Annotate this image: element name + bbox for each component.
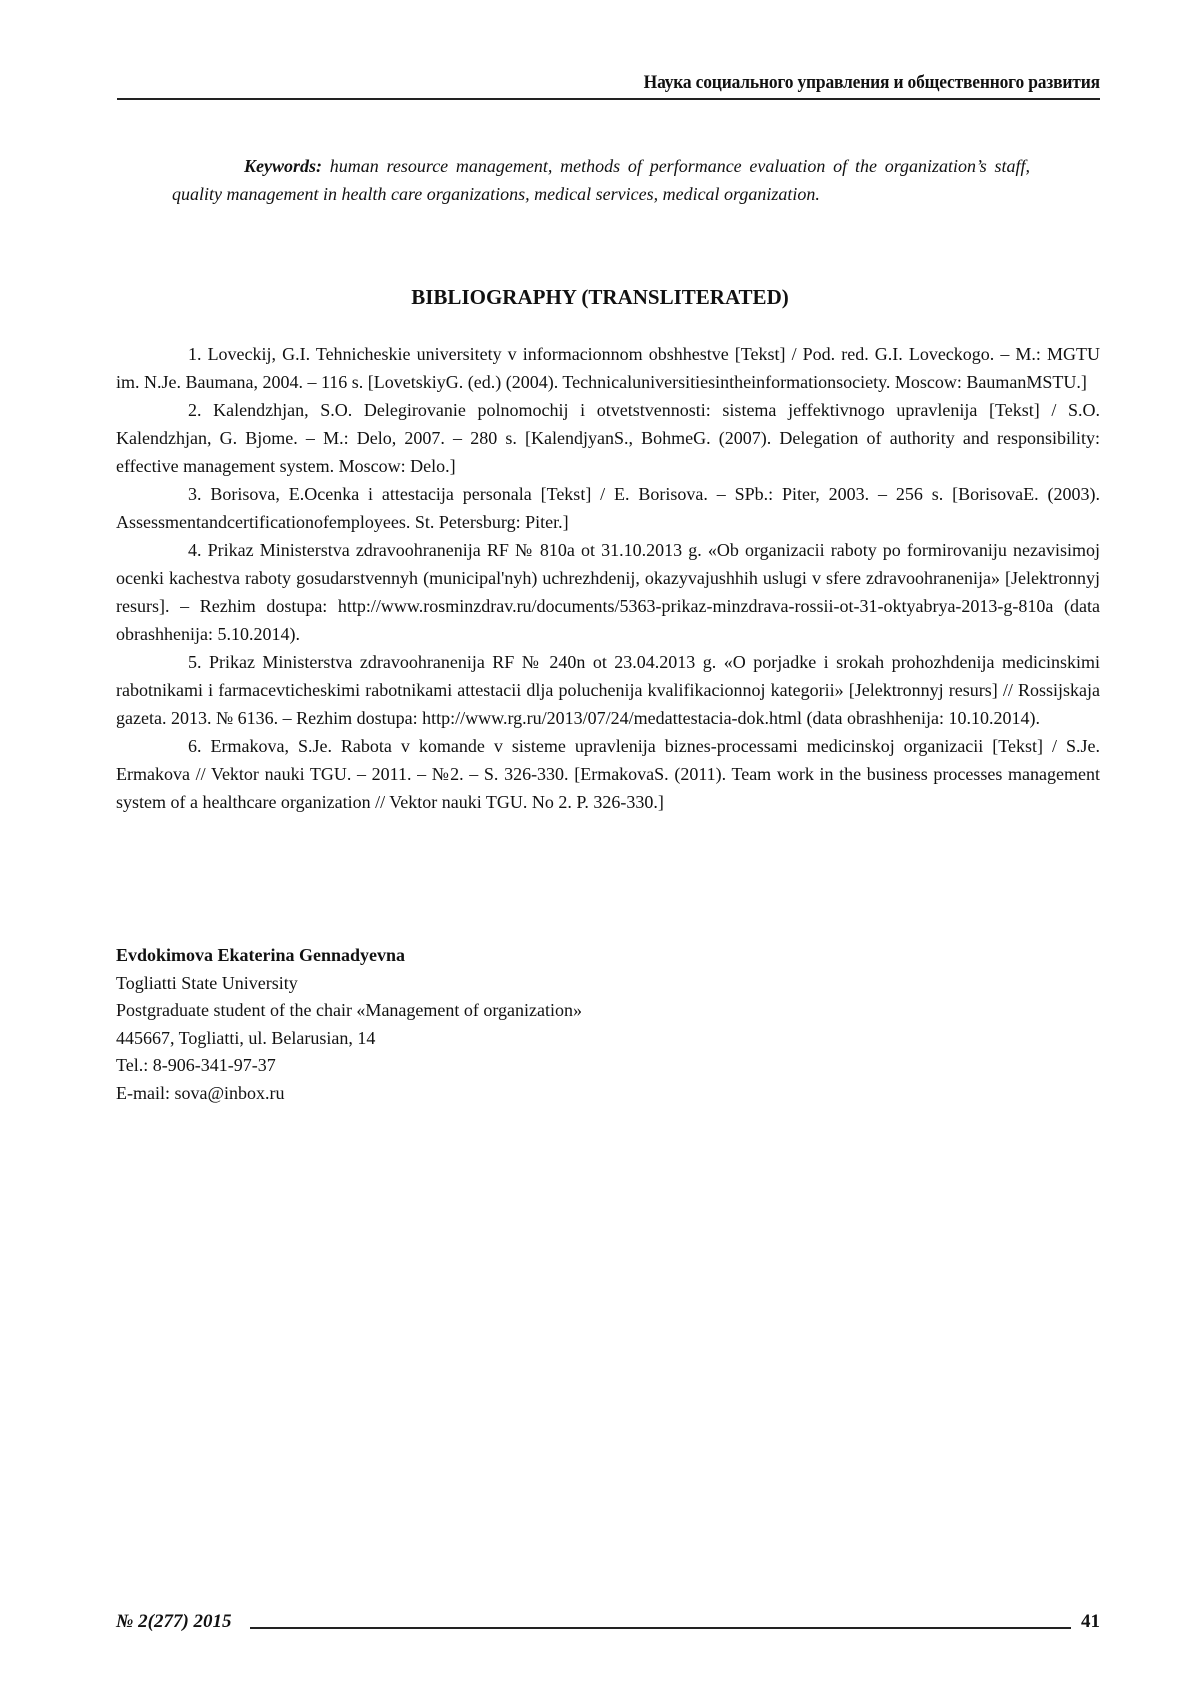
page-number: 41 <box>1081 1610 1100 1634</box>
bibliography-entry: 5. Prikaz Ministerstva zdravoohranenija … <box>116 648 1100 732</box>
bibliography-title: BIBLIOGRAPHY (TRANSLITERATED) <box>0 282 1200 312</box>
footer-rule <box>250 1627 1071 1629</box>
issue-number: № 2(277) 2015 <box>116 1610 232 1634</box>
bibliography-entry: 2. Kalendzhjan, S.O. Delegirovanie polno… <box>116 396 1100 480</box>
bibliography-list: 1. Loveckij, G.I. Tehnicheskie universit… <box>116 340 1100 816</box>
author-position: Postgraduate student of the chair «Manag… <box>116 997 916 1025</box>
author-phone: Tel.: 8-906-341-97-37 <box>116 1052 916 1080</box>
bibliography-entry: 4. Prikaz Ministerstva zdravoohranenija … <box>116 536 1100 648</box>
keywords-label: Keywords: <box>244 156 322 176</box>
author-university: Togliatti State University <box>116 970 916 998</box>
bibliography-entry: 3. Borisova, E.Ocenka i attestacija pers… <box>116 480 1100 536</box>
journal-title: Наука социального управления и обществен… <box>644 70 1100 96</box>
bibliography-entry: 6. Ermakova, S.Je. Rabota v komande v si… <box>116 732 1100 816</box>
author-name: Evdokimova Ekaterina Gennadyevna <box>116 942 916 970</box>
author-email: E-mail: sova@inbox.ru <box>116 1080 916 1108</box>
bibliography-entry: 1. Loveckij, G.I. Tehnicheskie universit… <box>116 340 1100 396</box>
keywords-paragraph: Keywords: human resource management, met… <box>172 152 1030 208</box>
page-footer: № 2(277) 2015 41 <box>116 1604 1100 1634</box>
running-header: Наука социального управления и обществен… <box>117 70 1100 100</box>
author-address: 445667, Togliatti, ul. Belarusian, 14 <box>116 1025 916 1053</box>
author-info: Evdokimova Ekaterina Gennadyevna Togliat… <box>116 942 916 1107</box>
